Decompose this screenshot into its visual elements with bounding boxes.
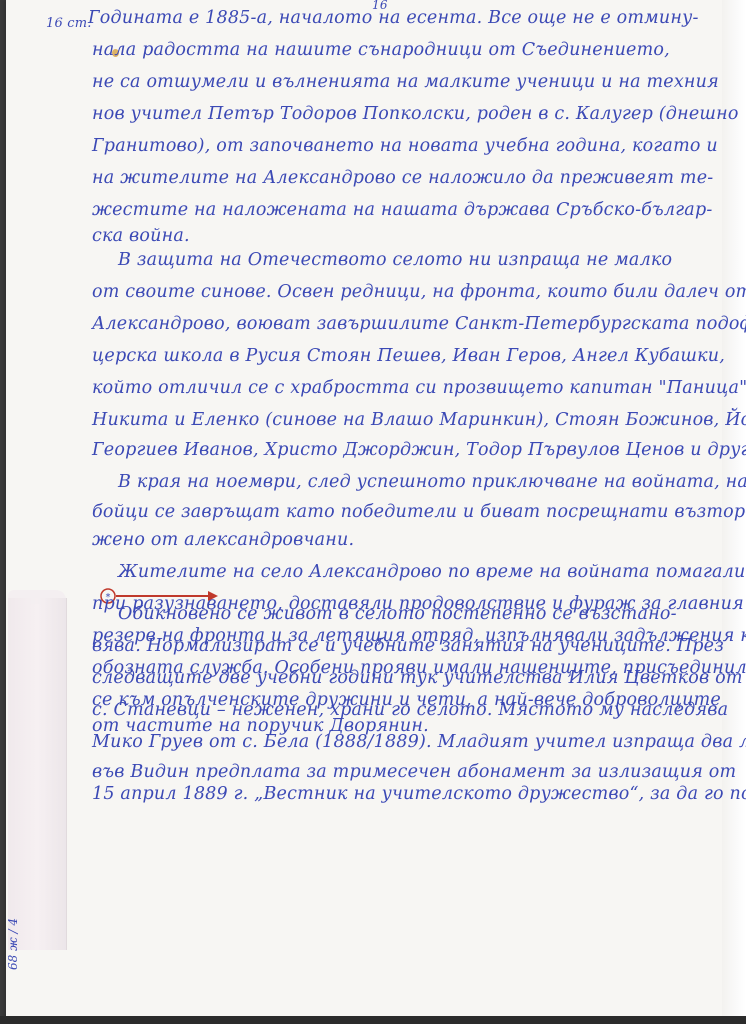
manuscript-line: Александрово, воюват завършилите Санкт-П… [92,314,746,334]
manuscript-line: В защита на Отечеството селото ни изпращ… [118,250,672,270]
manuscript-line: В края на ноември, след успешното приклю… [118,472,746,492]
manuscript-line: бойци се завръщат като победители и бива… [92,502,746,522]
manuscript-line: церска школа в Русия Стоян Пешев, Иван Г… [92,346,725,366]
manuscript-line: нов учител Петър Тодоров Попколски, роде… [92,104,739,124]
manuscript-line: Жителите на село Александрово по време н… [118,562,745,582]
manuscript-line: не са отшумели и вълненията на малките у… [92,72,719,92]
manuscript-line: във Видин предплата за тримесечен абонам… [92,762,736,782]
tape-patch [8,598,67,950]
manuscript-line: Микo Груев от с. Бела (1888/1889). Млади… [92,732,746,752]
manuscript-line: Гранитово), от започването на новата уче… [92,136,718,156]
manuscript-line: ска война. [92,226,190,246]
manuscript-line: нала радостта на нашите сънародници от С… [92,40,670,60]
scan-bottom-edge [0,1016,746,1024]
archive-mark: 68 ж / 4 [6,918,20,970]
manuscript-line: жено от александровчани. [92,530,354,550]
manuscript-line: следващите две учебни години тук учителс… [92,668,743,688]
manuscript-line: Георгиев Иванов, Христо Джорджин, Тодор … [92,440,746,460]
manuscript-line: на жителите на Александрово се наложило … [92,168,713,188]
manuscript-line: с. Станевци – неженен, храни го селото. … [92,700,728,720]
manuscript-line: жестите на наложената на нашата държава … [92,200,712,220]
manuscript-line: вява. Нормализират се и учебните занятия… [92,636,724,656]
manuscript-line: който отличил се с храбростта си прозвищ… [92,378,746,398]
manuscript-line: Никита и Еленко (синове на Влашо Маринки… [92,410,746,430]
manuscript-line: от своите синове. Освен редници, на фрон… [92,282,746,302]
manuscript-line: 15 април 1889 г. „Вестник на учителското… [92,784,746,804]
manuscript-line: Обикновено се живот в селото постепенно … [118,604,677,624]
margin-note: 16 ст. [46,16,92,31]
manuscript-line: Годината е 1885-а, началото на есента. В… [88,8,699,28]
